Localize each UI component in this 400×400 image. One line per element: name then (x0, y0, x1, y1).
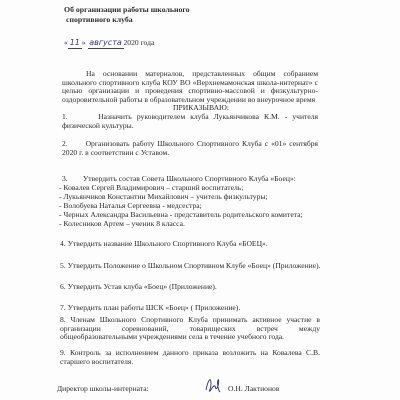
handwritten-signature-icon (202, 374, 224, 396)
date-day: 11 (68, 39, 82, 49)
order-item-8: 8. Членам Школьного Спортивного Клуба пр… (60, 316, 320, 342)
preamble-paragraph: На основании материалов, представленных … (62, 70, 318, 104)
order-item-9: 9. Контроль за исполнением данного прика… (60, 349, 320, 366)
document-title-line2: спортивного клуба (66, 15, 133, 24)
item-text: Организовать работу Школьного Спортивног… (62, 139, 318, 157)
date-month: августа (88, 39, 124, 49)
order-item-2: 2. Организовать работу Школьного Спортив… (62, 140, 318, 157)
date-year: 2020 года (124, 38, 155, 47)
order-item-5: 5. Утвердить Положение о Школьном Спорти… (60, 262, 321, 271)
item-text: Утвердить состав Совета Школьного Спорти… (83, 174, 296, 183)
order-item-1: 1. Назначить руководителем клуба Лукьянч… (62, 113, 318, 130)
signatory-position: Директор школы-интерната: (57, 385, 149, 394)
order-item-6: 6. Утвердить Устав клуба «Боец» (Приложе… (60, 283, 217, 292)
order-item-7: 7. Утвердить план работы ШСК «Боец» ( Пр… (60, 304, 240, 313)
document-title-line1: Об организации работы школьного (64, 5, 190, 14)
date-close-quote: » (82, 38, 86, 47)
item-text: Назначить руководителем клуба Лукьянчико… (62, 112, 318, 130)
document-date: «11» августа2020 года (64, 39, 154, 49)
council-member: - Колесников Артем – ученик 8 класса. (59, 220, 185, 229)
order-item-4: 4. Утвердить название Школьного Спортивн… (60, 240, 268, 249)
document-page: Об организации работы школьного спортивн… (0, 0, 400, 400)
item-number: 3. (62, 174, 68, 183)
signatory-name: О.Н. Лактионов (228, 385, 279, 394)
